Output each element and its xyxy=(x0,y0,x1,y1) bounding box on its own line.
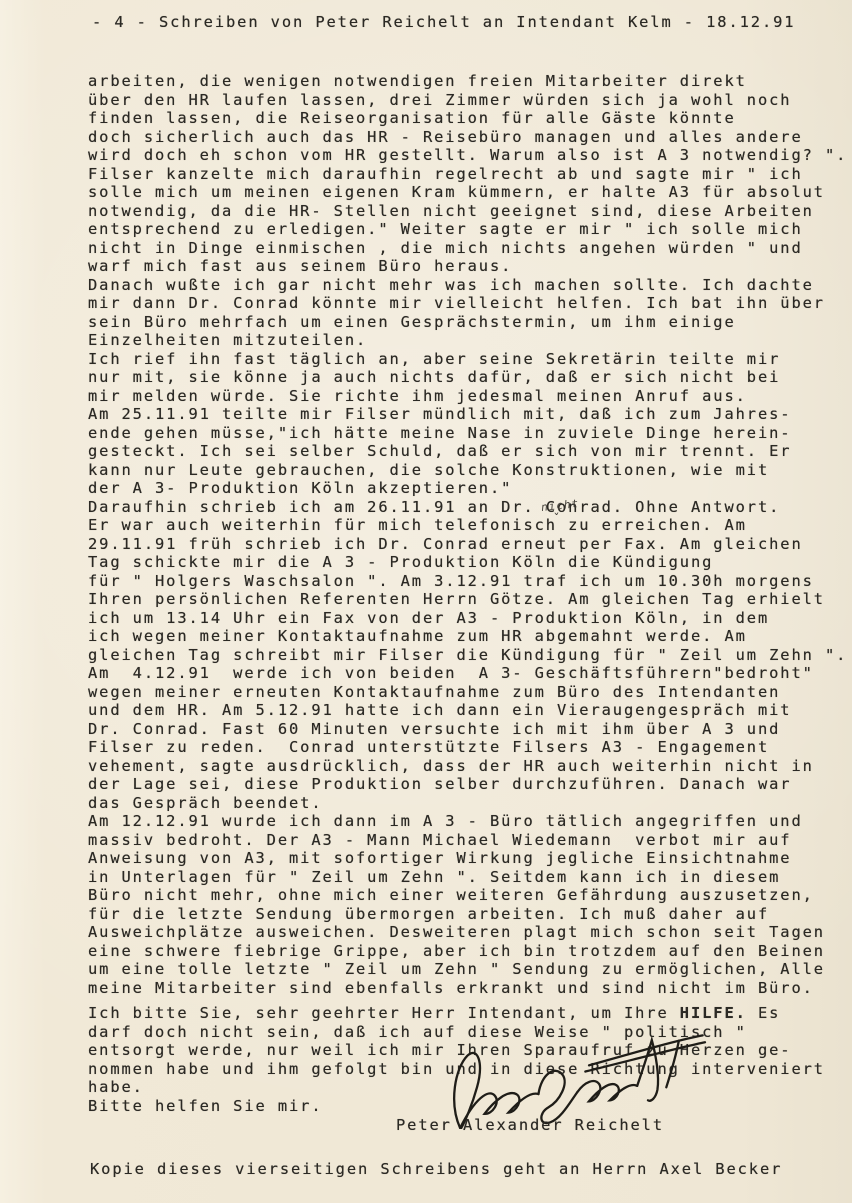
letter-line: entsprechend zu erledigen." Weiter sagte… xyxy=(88,220,847,239)
letter-line: und dem HR. Am 5.12.91 hatte ich dann ei… xyxy=(88,701,847,720)
letter-line: gleichen Tag schreibt mir Filser die Kün… xyxy=(88,646,847,665)
letter-line: wird doch eh schon vom HR gestellt. Waru… xyxy=(88,146,847,165)
typed-signature-name: Peter Alexander Reichelt xyxy=(396,1116,664,1135)
letter-line: ich um 13.14 Uhr ein Fax von der A3 - Pr… xyxy=(88,609,847,628)
letter-line: doch sicherlich auch das HR - Reisebüro … xyxy=(88,128,847,147)
letter-line: kann nur Leute gebrauchen, die solche Ko… xyxy=(88,461,847,480)
letter-line: in Unterlagen für " Zeil um Zehn ". Seit… xyxy=(88,868,847,887)
letter-body: arbeiten, die wenigen notwendigen freien… xyxy=(88,72,847,1115)
letter-line: massiv bedroht. Der A3 - Mann Michael Wi… xyxy=(88,831,847,850)
letter-line: Tag schickte mir die A 3 - Produktion Kö… xyxy=(88,553,847,572)
letter-line: um eine tolle letzte " Zeil um Zehn " Se… xyxy=(88,960,847,979)
letter-line: solle mich um meinen eigenen Kram kümmer… xyxy=(88,183,847,202)
letter-line: Am 12.12.91 wurde ich dann im A 3 - Büro… xyxy=(88,812,847,831)
letter-line: eine schwere fiebrige Grippe, aber ich b… xyxy=(88,942,847,961)
letter-line: Filser zu reden. Conrad unterstützte Fil… xyxy=(88,738,847,757)
letter-line: Ich bitte Sie, sehr geehrter Herr Intend… xyxy=(88,1004,847,1023)
letter-line: nur mit, sie könne ja auch nichts dafür,… xyxy=(88,368,847,387)
insertion-caret-mark: ˇ xyxy=(552,512,561,528)
letter-line: gesteckt. Ich sei selber Schuld, daß er … xyxy=(88,442,847,461)
letter-line: wegen meiner erneuten Kontaktaufnahme zu… xyxy=(88,683,847,702)
letter-line: Am 4.12.91 werde ich von beiden A 3- Ges… xyxy=(88,664,847,683)
letter-line: über den HR laufen lassen, drei Zimmer w… xyxy=(88,91,847,110)
page-header: - 4 - Schreiben von Peter Reichelt an In… xyxy=(92,13,795,32)
letter-line: meine Mitarbeiter sind ebenfalls erkrank… xyxy=(88,979,847,998)
scanned-letter-page: - 4 - Schreiben von Peter Reichelt an In… xyxy=(0,0,852,1203)
letter-line: für die letzte Sendung übermorgen arbeit… xyxy=(88,905,847,924)
letter-line: arbeiten, die wenigen notwendigen freien… xyxy=(88,72,847,91)
letter-line: Dr. Conrad. Fast 60 Minuten versuchte ic… xyxy=(88,720,847,739)
letter-line: warf mich fast aus seinem Büro heraus. xyxy=(88,257,847,276)
letter-line: 29.11.91 früh schrieb ich Dr. Conrad ern… xyxy=(88,535,847,554)
letter-line: Einzelheiten mitzuteilen. xyxy=(88,331,847,350)
letter-line: finden lassen, die Reiseorganisation für… xyxy=(88,109,847,128)
letter-line: nicht in Dinge einmischen , die mich nic… xyxy=(88,239,847,258)
letter-line: sein Büro mehrfach um einen Gesprächster… xyxy=(88,313,847,332)
handwritten-signature xyxy=(442,1034,712,1129)
letter-line: das Gespräch beendet. xyxy=(88,794,847,813)
signature-strokes xyxy=(451,1035,708,1128)
letter-line: Anweisung von A3, mit sofortiger Wirkung… xyxy=(88,849,847,868)
letter-line: für " Holgers Waschsalon ". Am 3.12.91 t… xyxy=(88,572,847,591)
letter-line: Danach wußte ich gar nicht mehr was ich … xyxy=(88,276,847,295)
letter-line: der A 3- Produktion Köln akzeptieren." xyxy=(88,479,847,498)
footer-copy-note: Kopie dieses vierseitigen Schreibens geh… xyxy=(90,1160,782,1179)
letter-line: der Lage sei, diese Produktion selber du… xyxy=(88,775,847,794)
letter-line: Filser kanzelte mich daraufhin regelrech… xyxy=(88,165,847,184)
letter-line: ende gehen müsse,"ich hätte meine Nase i… xyxy=(88,424,847,443)
letter-line: mir dann Dr. Conrad könnte mir vielleich… xyxy=(88,294,847,313)
letter-line: ich wegen meiner Kontaktaufnahme zum HR … xyxy=(88,627,847,646)
letter-line: Er war auch weiterhin für mich telefonis… xyxy=(88,516,847,535)
letter-line: mir melden würde. Sie richte ihm jedesma… xyxy=(88,387,847,406)
letter-line: Ihren persönlichen Referenten Herrn Götz… xyxy=(88,590,847,609)
letter-line: Büro nicht mehr, ohne mich einer weitere… xyxy=(88,886,847,905)
letter-line: Ich rief ihn fast täglich an, aber seine… xyxy=(88,350,847,369)
letter-line: vehement, sagte ausdrücklich, dass der H… xyxy=(88,757,847,776)
letter-line: Daraufhin schrieb ich am 26.11.91 an Dr.… xyxy=(88,498,847,517)
letter-line: Am 25.11.91 teilte mir Filser mündlich m… xyxy=(88,405,847,424)
letter-line: notwendig, da die HR- Stellen nicht geei… xyxy=(88,202,847,221)
letter-line: Ausweichplätze ausweichen. Desweiteren p… xyxy=(88,923,847,942)
